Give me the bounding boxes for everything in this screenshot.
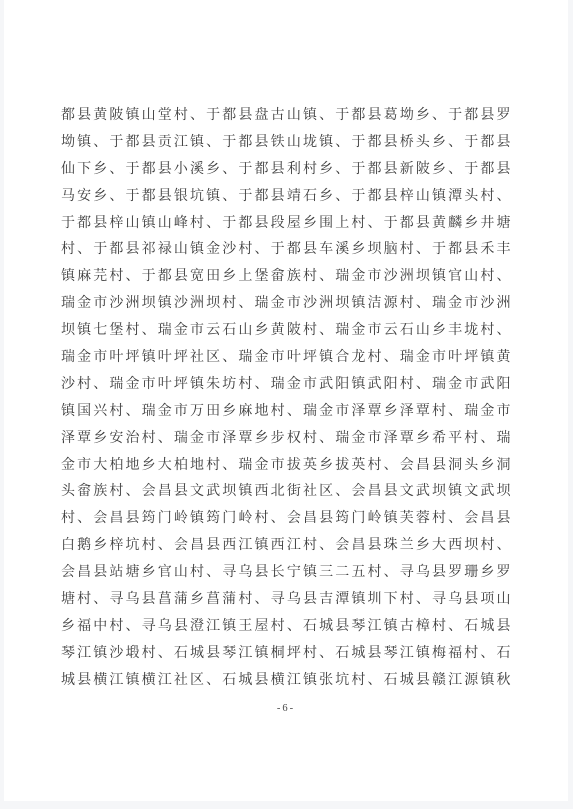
text-line: 瑞金市沙洲坝镇沙洲坝村、瑞金市沙洲坝镇洁源村、瑞金市沙洲 [61, 291, 511, 318]
text-line: 村、于都县祁禄山镇金沙村、于都县车溪乡坝脑村、于都县禾丰 [61, 237, 511, 264]
text-line: 坝镇七堡村、瑞金市云石山乡黄陂村、瑞金市云石山乡丰垅村、 [61, 318, 511, 345]
text-line: 瑞金市叶坪镇叶坪社区、瑞金市叶坪镇合龙村、瑞金市叶坪镇黄 [61, 345, 511, 372]
text-line: 坳镇、于都县贡江镇、于都县铁山垅镇、于都县桥头乡、于都县 [61, 130, 511, 157]
text-line: 金市大柏地乡大柏地村、瑞金市拔英乡拔英村、会昌县洞头乡洞 [61, 453, 511, 480]
text-line: 镇麻芫村、于都县宽田乡上堡畲族村、瑞金市沙洲坝镇官山村、 [61, 264, 511, 291]
text-line: 泽覃乡安治村、瑞金市泽覃乡步权村、瑞金市泽覃乡希平村、瑞 [61, 426, 511, 453]
text-line: 琴江镇沙塅村、石城县琴江镇桐坪村、石城县琴江镇梅福村、石 [61, 641, 511, 668]
text-line: 村、会昌县筠门岭镇筠门岭村、会昌县筠门岭镇芙蓉村、会昌县 [61, 506, 511, 533]
text-line: 都县黄陂镇山堂村、于都县盘古山镇、于都县葛坳乡、于都县罗 [61, 103, 511, 130]
text-line: 会昌县站塘乡官山村、寻乌县长宁镇三二五村、寻乌县罗珊乡罗 [61, 560, 511, 587]
text-line: 仙下乡、于都县小溪乡、于都县利村乡、于都县新陂乡、于都县 [61, 157, 511, 184]
text-line: 头畲族村、会昌县文武坝镇西北街社区、会昌县文武坝镇文武坝 [61, 479, 511, 506]
text-line: 镇国兴村、瑞金市万田乡麻地村、瑞金市泽覃乡泽覃村、瑞金市 [61, 399, 511, 426]
text-line: 马安乡、于都县银坑镇、于都县靖石乡、于都县梓山镇潭头村、 [61, 184, 511, 211]
document-page: 都县黄陂镇山堂村、于都县盘古山镇、于都县葛坳乡、于都县罗坳镇、于都县贡江镇、于都… [4, 0, 568, 801]
text-line: 塘村、寻乌县菖蒲乡菖蒲村、寻乌县吉潭镇圳下村、寻乌县项山 [61, 587, 511, 614]
page-number: -6- [61, 703, 511, 714]
text-line: 乡福中村、寻乌县澄江镇王屋村、石城县琴江镇古樟村、石城县 [61, 614, 511, 641]
text-line: 城县横江镇横江社区、石城县横江镇张坑村、石城县赣江源镇秋 [61, 668, 511, 695]
document-text-block: 都县黄陂镇山堂村、于都县盘古山镇、于都县葛坳乡、于都县罗坳镇、于都县贡江镇、于都… [61, 103, 511, 695]
text-line: 沙村、瑞金市叶坪镇朱坊村、瑞金市武阳镇武阳村、瑞金市武阳 [61, 372, 511, 399]
text-line: 白鹅乡梓坑村、会昌县西江镇西江村、会昌县珠兰乡大西坝村、 [61, 533, 511, 560]
text-line: 于都县梓山镇山峰村、于都县段屋乡围上村、于都县黄麟乡井塘 [61, 211, 511, 238]
